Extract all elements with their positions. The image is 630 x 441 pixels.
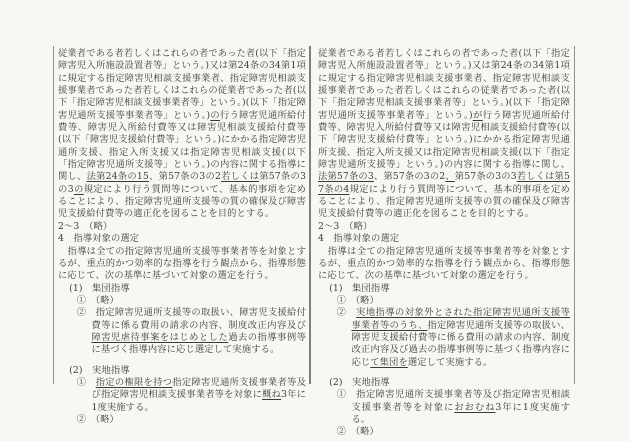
group2-item-1: ① 指定の権限を持つ指定障害児通所支援事業者等及び指定障害児相談支援事業者等を対…	[58, 377, 306, 414]
changed-text-run: の	[74, 184, 84, 195]
group1-item-1: ① （略）	[58, 295, 306, 307]
changed-text-run: 障害児虐待事案をはじめとした	[91, 332, 228, 343]
left-border-rule	[53, 46, 54, 384]
text-run: 第57条の3の3	[455, 171, 517, 182]
changed-text-run: が	[473, 110, 483, 121]
changed-text-run: おおむね	[454, 402, 495, 413]
changed-text-run: 若しくは	[221, 171, 259, 182]
changed-text-run: て集団を	[370, 357, 408, 368]
group2-label: (2) 実地指導	[318, 377, 570, 389]
text-run: ②	[337, 307, 356, 318]
group1-item-2: ② 指定障害児通所支援等の取扱い、障害児支援給付費等に係る費用の請求の内容、制度…	[58, 307, 306, 356]
group2-item-1: ① 指定障害児通所支援事業者等及び指定障害児相談支援事業者等を対象におおむね3年…	[318, 389, 570, 426]
comparison-document: { "page": { "background": "#f7f7f4", "te…	[0, 0, 630, 441]
group1-label: (1) 集団指導	[58, 283, 306, 295]
changed-text-run: 法第57条の3	[318, 171, 374, 182]
text-run: 、第57条の3の2	[374, 171, 445, 182]
text-run: ①	[77, 377, 96, 388]
changed-text-run: 法第24条の15	[87, 171, 149, 182]
section4-body: 指導は全ての指定障害児通所支援等事業者等を対象とするが、重点的かつ効率的な指導を…	[58, 246, 306, 283]
text-run: ①	[337, 389, 356, 400]
group1-item-1: ① （略）	[318, 295, 570, 307]
text-run: ① （略）	[337, 295, 379, 306]
purpose-paragraph: 従業者である者若しくはこれらの者であった者(以下「指定障害児入所施設設置者等」と…	[58, 48, 306, 221]
right-border-rule	[574, 46, 575, 384]
group2-label: (2) 実地指導	[58, 365, 306, 377]
text-run: ① （略）	[77, 295, 119, 306]
section4-body: 指導は全ての指定障害児通所支援等事業者等を対象とするが、重点的かつ効率的な指導を…	[318, 246, 570, 283]
section4-heading: 4 指導対象の選定	[318, 233, 570, 245]
text-run: 規定により行う質問等について、基本的事項を定めることにより、指定障害児通所支援等…	[318, 184, 570, 220]
changed-text-run: 概ね	[262, 389, 281, 400]
group2-item-2: ② （略）	[318, 426, 570, 438]
text-run: 、第57条の3の2	[149, 171, 221, 182]
text-run: 規定により行う質問等について、基本的事項を定めることにより、指定障害児通所支援等…	[58, 184, 306, 220]
text-run: ② 指定障害児通所支援等の取扱い、障害児支援給付費等に係る費用の請求の内容、制度…	[77, 307, 306, 330]
left-column: 従業者である者若しくはこれらの者であった者(以下「指定障害児入所施設設置者等」と…	[58, 48, 306, 426]
section4-heading: 4 指導対象の選定	[58, 233, 306, 245]
right-column: 従業者である者若しくはこれらの者であった者(以下「指定障害児入所施設設置者等」と…	[318, 48, 570, 439]
omitted-sections-label: 2～3 （略）	[318, 221, 570, 233]
text-run: 選定して実施する。	[408, 357, 493, 368]
text-run: ② （略）	[337, 426, 379, 437]
changed-text-run: 指定の権限を持つ	[96, 377, 173, 388]
group1-label: (1) 集団指導	[318, 283, 570, 295]
column-divider-rule	[309, 46, 311, 384]
omitted-sections-label: 2～3 （略）	[58, 221, 306, 233]
changed-text-run: の	[210, 110, 220, 121]
group2-item-2: ② （略）	[58, 414, 306, 426]
group1-item-2: ② 実地指導の対象外とされた指定障害児通所支援等事業者等のうち、指定障害児通所支…	[318, 307, 570, 369]
text-run: ② （略）	[77, 414, 119, 425]
changed-text-run: 、	[445, 171, 455, 182]
purpose-paragraph: 従業者である者若しくはこれらの者であった者(以下「指定障害児入所施設設置者等」と…	[318, 48, 570, 221]
